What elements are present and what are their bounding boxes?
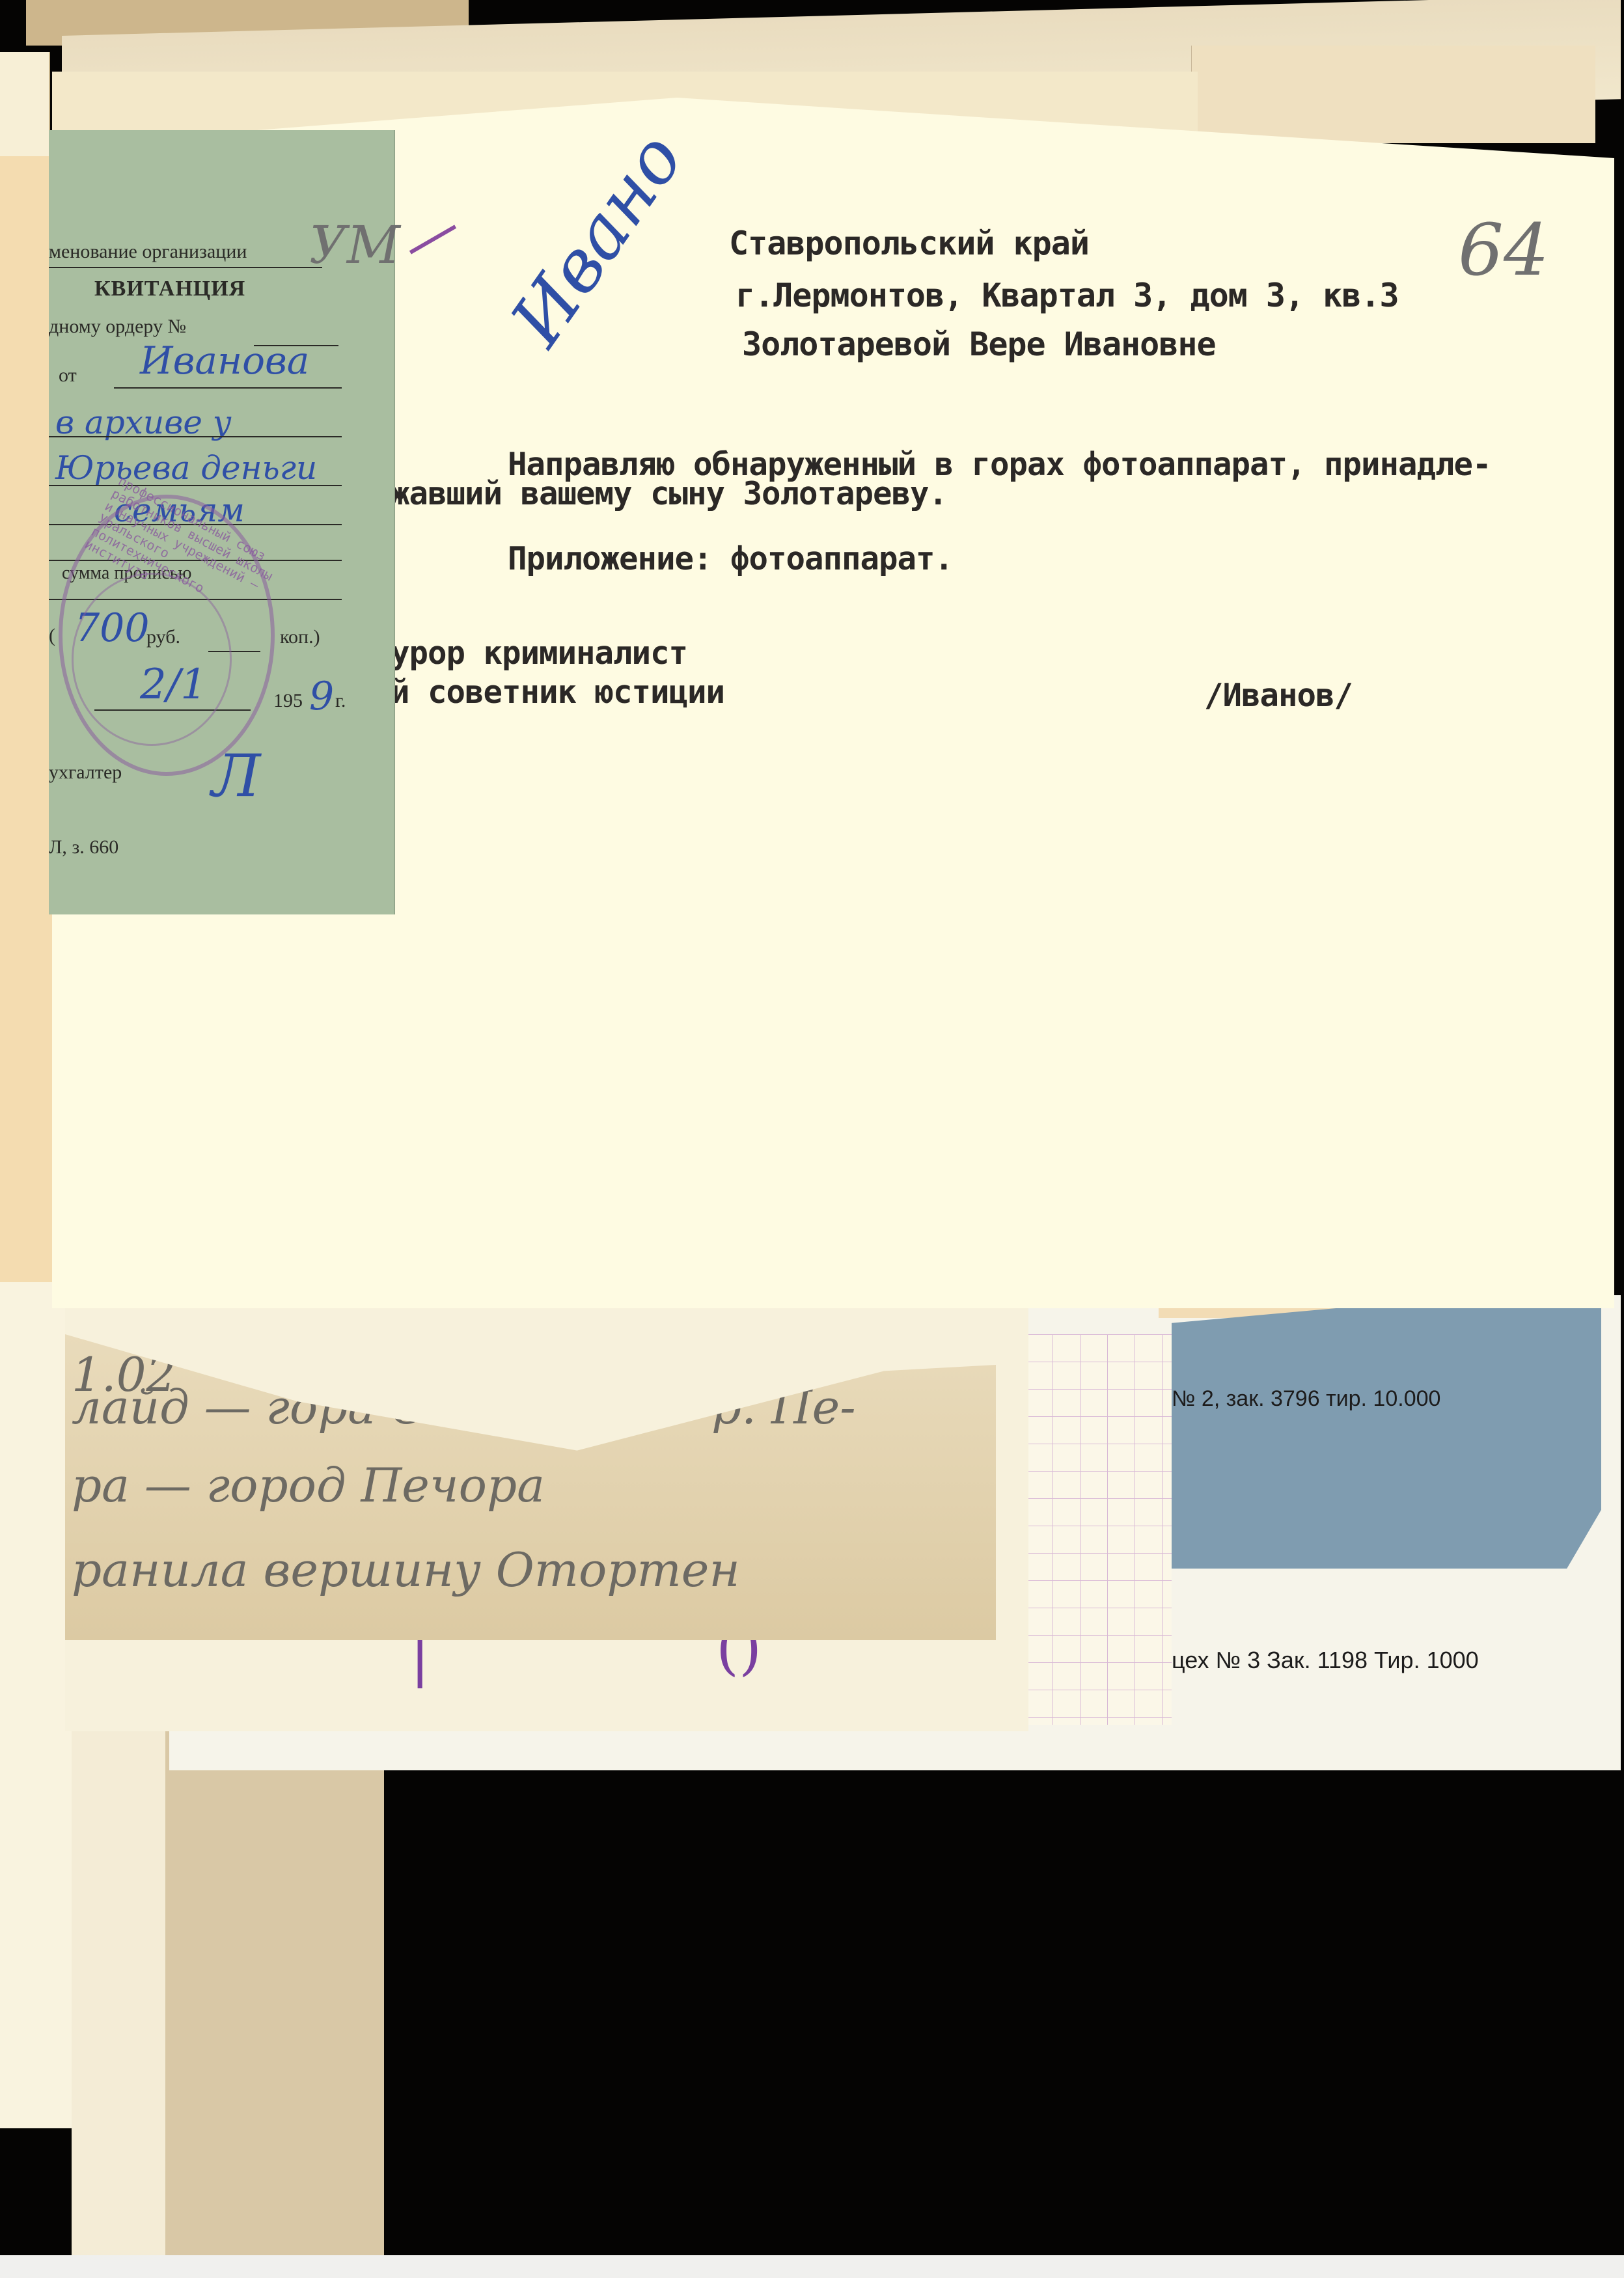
paper-stack-sheet-right xyxy=(1191,46,1595,143)
address-recipient: Золотаревой Вере Ивановне xyxy=(742,325,1216,363)
graph-paper-scrap xyxy=(1025,1334,1172,1725)
receipt-kop-label: коп.) xyxy=(280,626,320,648)
receipt-org-mark: УМ xyxy=(309,215,400,275)
signatory-title-line-1: урор криминалист xyxy=(391,635,687,672)
receipt-purpose-2: Юрьева деньги xyxy=(55,449,317,487)
receipt-from-value: Иванова xyxy=(140,338,309,383)
archive-page-number: 64 xyxy=(1458,208,1549,292)
note-line-4: ранила вершину Отортен xyxy=(72,1543,740,1597)
file-left-edge-white xyxy=(0,1282,72,2128)
handwritten-resolution: Ивано xyxy=(495,118,699,361)
note-line-3: ра — город Печора xyxy=(72,1458,545,1513)
receipt-order-label: дному ордеру № xyxy=(49,316,186,338)
blue-paper-scrap: № 2, зак. 3796 тир. 10.000 xyxy=(1172,1302,1601,1569)
signatory-title-line-2: й советник юстиции xyxy=(391,674,724,711)
receipt-accountant-label: ухгалтер xyxy=(49,762,122,784)
letter-body-line-2: жавший вашему сыну Золотареву. xyxy=(391,475,947,512)
receipt-year-suffix: г. xyxy=(335,690,346,712)
folder-bottom-edges xyxy=(72,1692,384,2265)
signatory-name: /Иванов/ xyxy=(1204,677,1353,714)
receipt-org-label: менование организации xyxy=(49,241,247,263)
address-region: Ставропольский край xyxy=(729,225,1089,262)
form-print-mark: цех № 3 Зак. 1198 Тир. 1000 xyxy=(1172,1647,1479,1674)
receipt-title: КВИТАНЦИЯ xyxy=(94,277,245,301)
address-street: г.Лермонтов, Квартал 3, дом 3, кв.3 xyxy=(736,277,1399,314)
scanner-bottom-strip xyxy=(0,2255,1624,2278)
receipt-year-digit: 9 xyxy=(309,674,334,719)
purple-tick-mark xyxy=(409,225,456,254)
receipt-from-label: от xyxy=(59,364,77,387)
blue-paper-print-mark: № 2, зак. 3796 тир. 10.000 xyxy=(1172,1386,1440,1412)
receipt-year-label: 195 xyxy=(273,690,303,712)
receipt-print-code: Л, з. 660 xyxy=(49,836,118,858)
letter-attachment: Приложение: фотоаппарат. xyxy=(508,540,953,577)
receipt-open-paren: ( xyxy=(49,625,55,647)
